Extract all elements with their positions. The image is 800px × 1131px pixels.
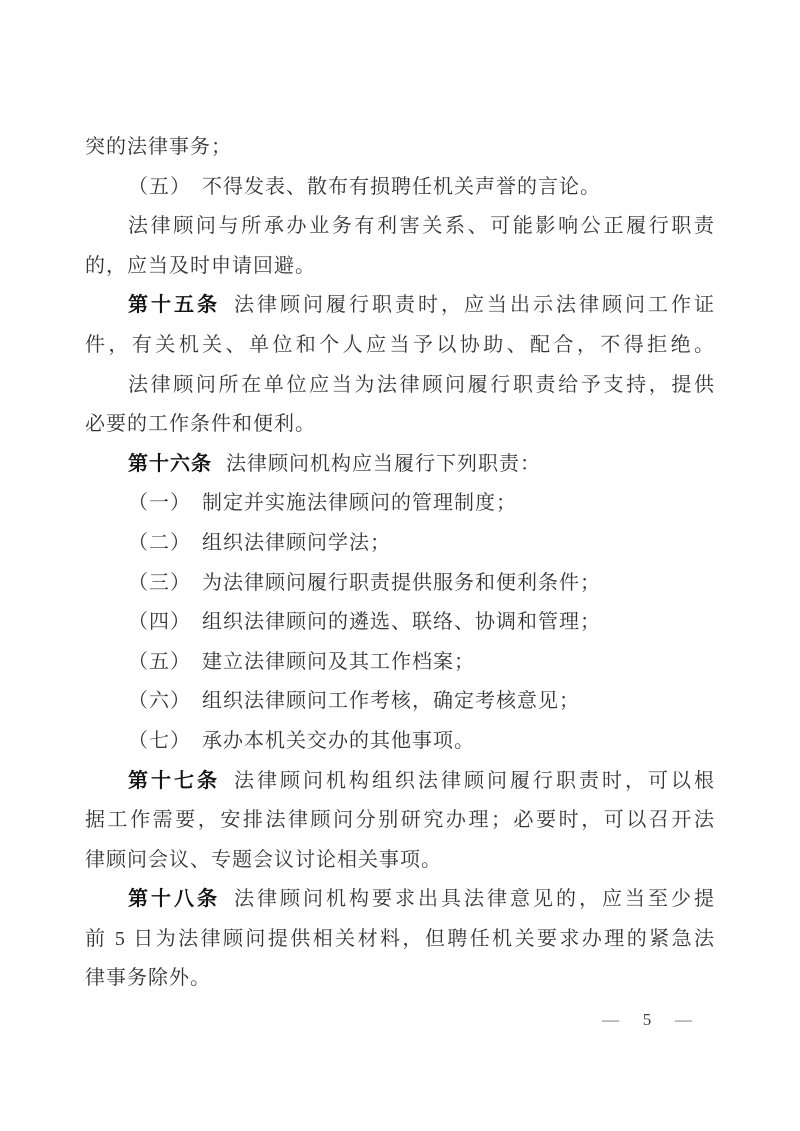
text-line: 法律顾问与所承办业务有利害关系、可能影响公正履行职责 [85,207,715,247]
text-line: （二） 组织法律顾问学法； [85,524,715,564]
line-text: 法律顾问机构要求出具法律意见的，应当至少提 [234,888,715,910]
text-line: （五） 建立法律顾问及其工作档案； [85,643,715,683]
text-line: 据工作需要，安排法律顾问分别研究办理；必要时，可以召开法 [85,801,715,841]
line-text: （六） 组织法律顾问工作考核，确定考核意见； [128,690,580,712]
line-text: 突的法律事务； [85,136,232,158]
text-line: 律顾问会议、专题会议讨论相关事项。 [85,841,715,881]
text-line: （三） 为法律顾问履行职责提供服务和便利条件； [85,564,715,604]
document-body: 突的法律事务；（五） 不得发表、散布有损聘任机关声誉的言论。法律顾问与所承办业务… [85,128,715,999]
line-text: 件，有关机关、单位和个人应当予以协助、配合，不得拒绝。 [85,334,715,356]
line-text: 法律顾问机构组织法律顾问履行职责时，可以根 [234,770,715,792]
line-text: 据工作需要，安排法律顾问分别研究办理；必要时，可以召开法 [85,809,715,831]
text-line: 律事务除外。 [85,959,715,999]
article-number: 第十六条 [128,453,212,475]
line-text: 律顾问会议、专题会议讨论相关事项。 [85,849,442,871]
document-page: 突的法律事务；（五） 不得发表、散布有损聘任机关声誉的言论。法律顾问与所承办业务… [0,0,800,1131]
text-line: 第十七条法律顾问机构组织法律顾问履行职责时，可以根 [85,762,715,802]
line-text: （二） 组织法律顾问学法； [128,532,391,554]
line-text: 必要的工作条件和便利。 [85,413,316,435]
text-line: （四） 组织法律顾问的遴选、联络、协调和管理； [85,603,715,643]
line-text: 法律顾问履行职责时，应当出示法律顾问工作证 [234,294,715,316]
line-text: 的，应当及时申请回避。 [85,255,316,277]
line-text: （一） 制定并实施法律顾问的管理制度； [128,492,517,514]
line-text: 前 5 日为法律顾问提供相关材料，但聘任机关要求办理的紧急法 [85,928,715,950]
page-footer: — 5 — [602,1006,692,1034]
line-text: 法律顾问与所承办业务有利害关系、可能影响公正履行职责 [128,215,715,237]
text-line: 第十六条法律顾问机构应当履行下列职责： [85,445,715,485]
line-text: （七） 承办本机关交办的其他事项。 [128,730,475,752]
line-text: 法律顾问所在单位应当为法律顾问履行职责给予支持，提供 [128,374,715,396]
text-line: （一） 制定并实施法律顾问的管理制度； [85,484,715,524]
line-text: 律事务除外。 [85,967,211,989]
footer-dash-left: — [602,1010,619,1030]
article-number: 第十七条 [128,770,220,792]
text-line: 法律顾问所在单位应当为法律顾问履行职责给予支持，提供 [85,366,715,406]
text-line: 第十五条法律顾问履行职责时，应当出示法律顾问工作证 [85,286,715,326]
line-text: （五） 不得发表、散布有损聘任机关声誉的言论。 [128,176,601,198]
text-line: （六） 组织法律顾问工作考核，确定考核意见； [85,682,715,722]
line-text: （三） 为法律顾问履行职责提供服务和便利条件； [128,572,601,594]
article-number: 第十五条 [128,294,220,316]
text-line: 第十八条法律顾问机构要求出具法律意见的，应当至少提 [85,880,715,920]
line-text: （五） 建立法律顾问及其工作档案； [128,651,475,673]
text-line: 件，有关机关、单位和个人应当予以协助、配合，不得拒绝。 [85,326,715,366]
text-line: 的，应当及时申请回避。 [85,247,715,287]
footer-dash-right: — [675,1010,692,1030]
text-line: 突的法律事务； [85,128,715,168]
page-number: 5 [643,1010,652,1030]
text-line: （七） 承办本机关交办的其他事项。 [85,722,715,762]
line-text: 法律顾问机构应当履行下列职责： [226,453,541,475]
text-line: （五） 不得发表、散布有损聘任机关声誉的言论。 [85,168,715,208]
article-number: 第十八条 [128,888,220,910]
line-text: （四） 组织法律顾问的遴选、联络、协调和管理； [128,611,601,633]
text-line: 前 5 日为法律顾问提供相关材料，但聘任机关要求办理的紧急法 [85,920,715,960]
text-line: 必要的工作条件和便利。 [85,405,715,445]
